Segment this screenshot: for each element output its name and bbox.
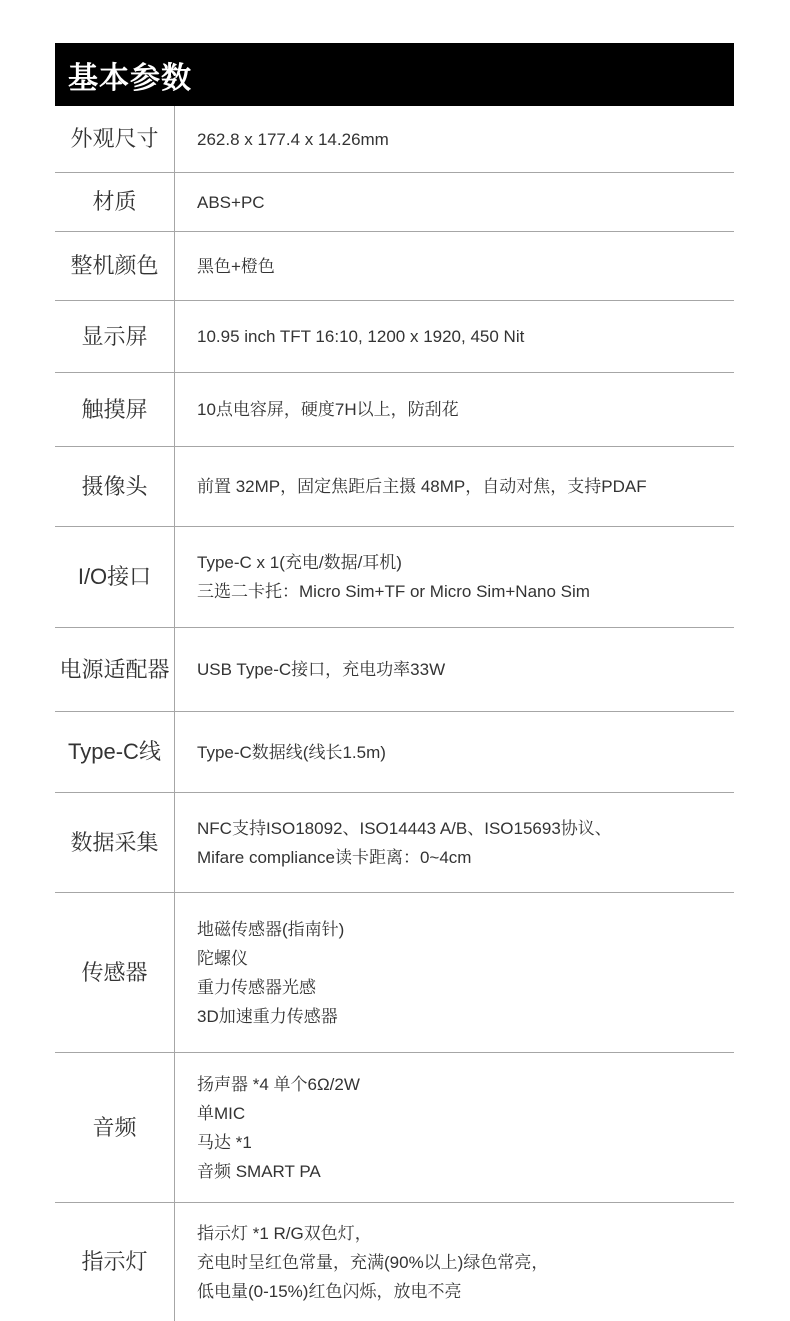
spec-value-line: 262.8 x 177.4 x 14.26mm xyxy=(197,125,722,154)
spec-label: 显示屏 xyxy=(55,301,175,372)
spec-value: ABS+PC xyxy=(175,173,734,231)
spec-label: I/O接口 xyxy=(55,527,175,627)
spec-row-camera: 摄像头 前置 32MP，固定焦距后主摄 48MP，自动对焦，支持PDAF xyxy=(55,447,734,527)
spec-value-line: 三选二卡托：Micro Sim+TF or Micro Sim+Nano Sim xyxy=(197,577,722,606)
spec-row-data-capture: 数据采集 NFC支持ISO18092、ISO14443 A/B、ISO15693… xyxy=(55,793,734,893)
spec-value-line: 马达 *1 xyxy=(197,1128,722,1157)
spec-row-audio: 音频 扬声器 *4 单个6Ω/2W 单MIC 马达 *1 音频 SMART PA xyxy=(55,1053,734,1203)
spec-value-line: 陀螺仪 xyxy=(197,944,722,973)
spec-value-line: 10.95 inch TFT 16:10, 1200 x 1920, 450 N… xyxy=(197,322,722,351)
spec-label: 电源适配器 xyxy=(55,628,175,711)
spec-value: 指示灯 *1 R/G双色灯， 充电时呈红色常量，充满(90%以上)绿色常亮， 低… xyxy=(175,1203,734,1321)
spec-label: 整机颜色 xyxy=(55,232,175,300)
spec-value-line: Mifare compliance读卡距离：0~4cm xyxy=(197,843,722,872)
spec-row-io-ports: I/O接口 Type-C x 1(充电/数据/耳机) 三选二卡托：Micro S… xyxy=(55,527,734,628)
spec-label: 音频 xyxy=(55,1053,175,1202)
spec-value: NFC支持ISO18092、ISO14443 A/B、ISO15693协议、 M… xyxy=(175,793,734,892)
spec-value-line: Type-C数据线(线长1.5m) xyxy=(197,738,722,767)
section-title: 基本参数 xyxy=(68,53,192,97)
spec-label: 触摸屏 xyxy=(55,373,175,446)
spec-label: Type-C线 xyxy=(55,712,175,792)
product-spec-page: 基本参数 外观尺寸 262.8 x 177.4 x 14.26mm 材质 ABS… xyxy=(0,0,790,1321)
spec-row-touchscreen: 触摸屏 10点电容屏，硬度7H以上，防刮花 xyxy=(55,373,734,447)
spec-value-line: Type-C x 1(充电/数据/耳机) xyxy=(197,548,722,577)
spec-row-sensors: 传感器 地磁传感器(指南针) 陀螺仪 重力传感器光感 3D加速重力传感器 xyxy=(55,893,734,1053)
spec-value-line: 地磁传感器(指南针) xyxy=(197,915,722,944)
spec-row-color: 整机颜色 黑色+橙色 xyxy=(55,232,734,301)
spec-value-line: 重力传感器光感 xyxy=(197,973,722,1002)
spec-value: Type-C数据线(线长1.5m) xyxy=(175,712,734,792)
spec-value: USB Type-C接口，充电功率33W xyxy=(175,628,734,711)
spec-value-line: 10点电容屏，硬度7H以上，防刮花 xyxy=(197,395,722,424)
spec-value-line: 单MIC xyxy=(197,1099,722,1128)
spec-row-power-adapter: 电源适配器 USB Type-C接口，充电功率33W xyxy=(55,628,734,712)
spec-value: 10.95 inch TFT 16:10, 1200 x 1920, 450 N… xyxy=(175,301,734,372)
spec-label: 指示灯 xyxy=(55,1203,175,1321)
spec-row-typec-cable: Type-C线 Type-C数据线(线长1.5m) xyxy=(55,712,734,793)
spec-value-line: 指示灯 *1 R/G双色灯， xyxy=(197,1219,722,1248)
spec-value-line: 3D加速重力传感器 xyxy=(197,1002,722,1031)
spec-row-display: 显示屏 10.95 inch TFT 16:10, 1200 x 1920, 4… xyxy=(55,301,734,373)
spec-value-line: ABS+PC xyxy=(197,188,722,217)
spec-value: 扬声器 *4 单个6Ω/2W 单MIC 马达 *1 音频 SMART PA xyxy=(175,1053,734,1202)
spec-value-line: NFC支持ISO18092、ISO14443 A/B、ISO15693协议、 xyxy=(197,814,722,843)
spec-value-line: 黑色+橙色 xyxy=(197,252,722,281)
spec-value-line: 低电量(0-15%)红色闪烁，放电不亮 xyxy=(197,1277,722,1306)
spec-value-line: 音频 SMART PA xyxy=(197,1157,722,1186)
spec-row-indicator-light: 指示灯 指示灯 *1 R/G双色灯， 充电时呈红色常量，充满(90%以上)绿色常… xyxy=(55,1203,734,1321)
spec-label: 外观尺寸 xyxy=(55,106,175,172)
spec-value: 黑色+橙色 xyxy=(175,232,734,300)
spec-label: 材质 xyxy=(55,173,175,231)
spec-label: 数据采集 xyxy=(55,793,175,892)
spec-label: 摄像头 xyxy=(55,447,175,526)
spec-value-line: 扬声器 *4 单个6Ω/2W xyxy=(197,1070,722,1099)
spec-value: 262.8 x 177.4 x 14.26mm xyxy=(175,106,734,172)
section-header-bar: 基本参数 xyxy=(55,43,734,106)
spec-row-dimensions: 外观尺寸 262.8 x 177.4 x 14.26mm xyxy=(55,106,734,173)
spec-value: Type-C x 1(充电/数据/耳机) 三选二卡托：Micro Sim+TF … xyxy=(175,527,734,627)
spec-value: 地磁传感器(指南针) 陀螺仪 重力传感器光感 3D加速重力传感器 xyxy=(175,893,734,1052)
spec-row-material: 材质 ABS+PC xyxy=(55,173,734,232)
spec-value: 前置 32MP，固定焦距后主摄 48MP，自动对焦，支持PDAF xyxy=(175,447,734,526)
spec-label: 传感器 xyxy=(55,893,175,1052)
spec-value-line: 前置 32MP，固定焦距后主摄 48MP，自动对焦，支持PDAF xyxy=(197,472,722,501)
spec-value: 10点电容屏，硬度7H以上，防刮花 xyxy=(175,373,734,446)
spec-value-line: 充电时呈红色常量，充满(90%以上)绿色常亮， xyxy=(197,1248,722,1277)
spec-value-line: USB Type-C接口，充电功率33W xyxy=(197,655,722,684)
spec-table: 基本参数 外观尺寸 262.8 x 177.4 x 14.26mm 材质 ABS… xyxy=(55,43,734,1321)
